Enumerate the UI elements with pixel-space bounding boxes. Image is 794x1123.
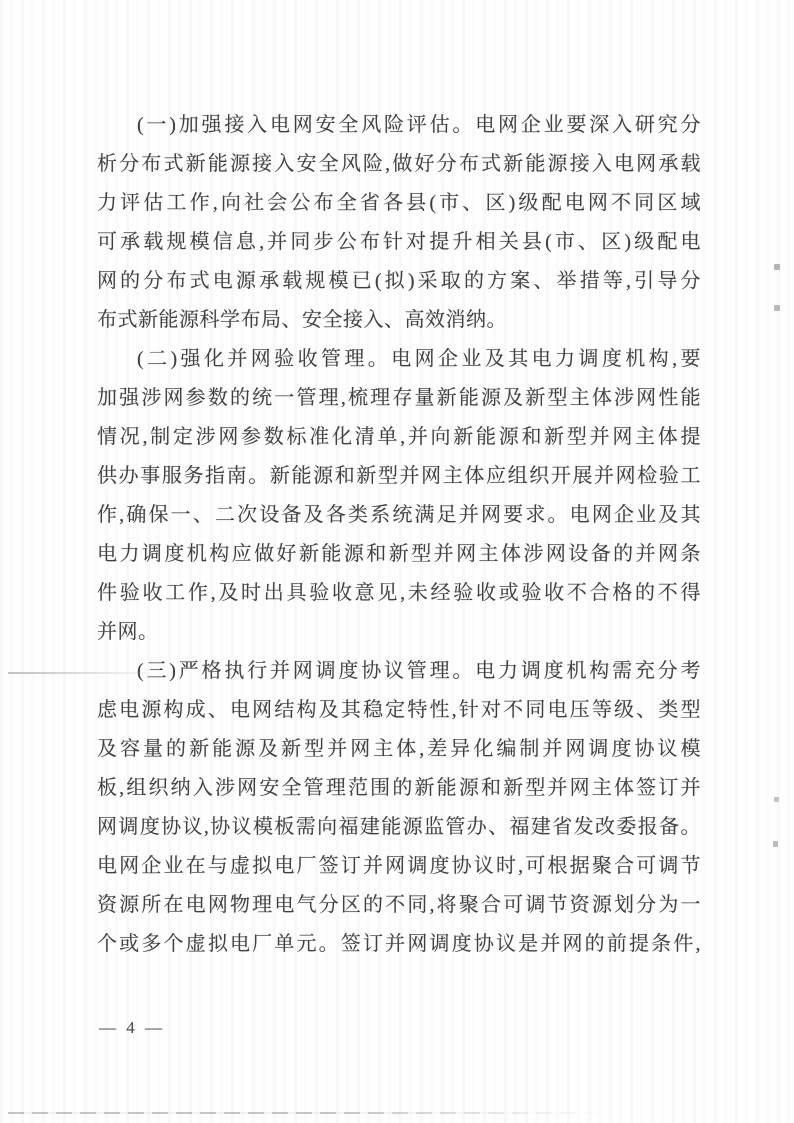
text-line: 个或多个虚拟电厂单元。签订并网调度协议是并网的前提条件,: [97, 925, 701, 964]
text-line: 电网企业在与虚拟电厂签订并网调度协议时,可根据聚合可调节: [97, 847, 701, 886]
text-line: 虑电源构成、电网结构及其稳定特性,针对不同电压等级、类型: [97, 691, 701, 730]
text-line: 可承载规模信息,并同步公布针对提升相关县(市、区)级配电: [97, 223, 701, 262]
scan-artifact-dot: [774, 264, 780, 270]
text-line: 电力调度机构应做好新能源和新型并网主体涉网设备的并网条: [97, 535, 701, 574]
para-2: (二)强化并网验收管理。电网企业及其电力调度机构,要加强涉网参数的统一管理,梳理…: [97, 340, 701, 652]
text-line: 加强涉网参数的统一管理,梳理存量新能源及新型主体涉网性能: [97, 379, 701, 418]
text-line: 网的分布式电源承载规模已(拟)采取的方案、举措等,引导分: [97, 262, 701, 301]
para-3: (三)严格执行并网调度协议管理。电力调度机构需充分考虑电源构成、电网结构及其稳定…: [97, 652, 701, 964]
text-line: 情况,制定涉网参数标准化清单,并向新能源和新型并网主体提: [97, 418, 701, 457]
text-line: 资源所在电网物理电气分区的不同,将聚合可调节资源划分为一: [97, 886, 701, 925]
text-line: 布式新能源科学布局、安全接入、高效消纳。: [97, 301, 701, 340]
document-body: (一)加强接入电网安全风险评估。电网企业要深入研究分析分布式新能源接入安全风险,…: [97, 106, 701, 964]
text-line: 作,确保一、二次设备及各类系统满足并网要求。电网企业及其: [97, 496, 701, 535]
text-line: 力评估工作,向社会公布全省各县(市、区)级配电网不同区域: [97, 184, 701, 223]
text-line: 件验收工作,及时出具验收意见,未经验收或验收不合格的不得: [97, 574, 701, 613]
text-line: (三)严格执行并网调度协议管理。电力调度机构需充分考: [97, 652, 701, 691]
text-line: 网调度协议,协议模板需向福建能源监管办、福建省发改委报备。: [97, 808, 701, 847]
text-line: (二)强化并网验收管理。电网企业及其电力调度机构,要: [97, 340, 701, 379]
text-line: 供办事服务指南。新能源和新型并网主体应组织开展并网检验工: [97, 457, 701, 496]
text-line: 板,组织纳入涉网安全管理范围的新能源和新型并网主体签订并: [97, 769, 701, 808]
scan-artifact-dot: [774, 797, 779, 802]
para-1: (一)加强接入电网安全风险评估。电网企业要深入研究分析分布式新能源接入安全风险,…: [97, 106, 701, 340]
scanned-document-page: (一)加强接入电网安全风险评估。电网企业要深入研究分析分布式新能源接入安全风险,…: [0, 0, 794, 1123]
scan-artifact-dot: [774, 305, 780, 311]
scan-artifact-left-line: [8, 672, 148, 674]
text-line: 并网。: [97, 613, 701, 652]
scan-artifact-bottom-edge: [8, 1112, 602, 1114]
text-line: 析分布式新能源接入安全风险,做好分布式新能源接入电网承载: [97, 145, 701, 184]
page-number: — 4 —: [99, 1018, 165, 1038]
scan-artifact-dot: [773, 841, 778, 847]
text-line: (一)加强接入电网安全风险评估。电网企业要深入研究分: [97, 106, 701, 145]
text-line: 及容量的新能源及新型并网主体,差异化编制并网调度协议模: [97, 730, 701, 769]
